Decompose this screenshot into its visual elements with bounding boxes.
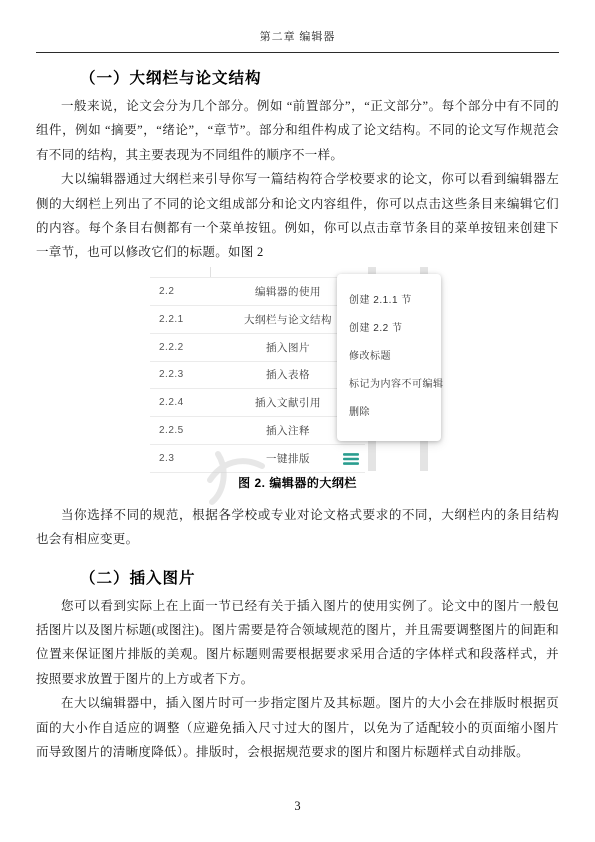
menu-item-mark-noneditable: 标记为内容不可编辑 <box>349 371 441 399</box>
outline-row: 2.2.2 插入图片 <box>150 334 365 362</box>
outline-row: 2.2 编辑器的使用 <box>150 278 365 306</box>
outline-row-number: 2.2.2 <box>150 342 211 353</box>
document-page: 第二章 编辑器 （一）大纲栏与论文结构 一般来说，论文会分为几个部分。例如 “前… <box>0 0 595 842</box>
outline-panel-screenshot: 2.2 编辑器的使用 2.2.1 大纲栏与论文结构 2.2.2 插入图片 2.2… <box>150 267 462 471</box>
menu-item-create-section: 创建 2.2 节 <box>349 315 441 343</box>
outline-row: 2.2.5 插入注释 <box>150 417 365 445</box>
context-menu: 创建 2.1.1 节 创建 2.2 节 修改标题 标记为内容不可编辑 删除 <box>337 274 441 441</box>
outline-row-number: 2.2.1 <box>150 314 211 325</box>
menu-item-delete: 删除 <box>349 399 441 427</box>
outline-table: 2.2 编辑器的使用 2.2.1 大纲栏与论文结构 2.2.2 插入图片 2.2… <box>150 267 365 473</box>
page-number: 3 <box>294 799 300 813</box>
section-heading-insert-image: （二）插入图片 <box>80 566 559 588</box>
paragraph: 大以编辑器通过大纲栏来引导你写一篇结构符合学校要求的论文，你可以看到编辑器左侧的… <box>36 167 559 265</box>
list-menu-icon <box>343 452 359 465</box>
outline-row: 2.2.1 大纲栏与论文结构 <box>150 306 365 334</box>
section-heading-outline: （一）大纲栏与论文结构 <box>80 66 559 88</box>
paragraph: 一般来说，论文会分为几个部分。例如 “前置部分”，“正文部分”。每个部分中有不同… <box>36 94 559 167</box>
page-footer: 3 <box>0 799 595 814</box>
outline-row-number: 2.3 <box>150 453 211 464</box>
outline-row-number: 2.2.4 <box>150 397 211 408</box>
paragraph: 当你选择不同的规范，根据各学校或专业对论文格式要求的不同，大纲栏内的条目结构也会… <box>36 503 559 552</box>
column-divider <box>210 267 211 277</box>
menu-item-edit-title: 修改标题 <box>349 343 441 371</box>
page-header: 第二章 编辑器 <box>36 28 559 53</box>
figure-outline-screenshot: 2.2 编辑器的使用 2.2.1 大纲栏与论文结构 2.2.2 插入图片 2.2… <box>36 267 559 491</box>
paragraph: 在大以编辑器中，插入图片时可一步指定图片及其标题。图片的大小会在排版时根据页面的… <box>36 691 559 764</box>
paragraph: 您可以看到实际上在上面一节已经有关于插入图片的使用实例了。论文中的图片一般包括图… <box>36 594 559 692</box>
outline-row: 2.2.3 插入表格 <box>150 362 365 390</box>
outline-row: 2.2.4 插入文献引用 <box>150 389 365 417</box>
outline-row-partial <box>150 267 365 278</box>
figure-caption: 图 2. 编辑器的大纲栏 <box>36 474 559 491</box>
outline-row-number: 2.2 <box>150 286 211 297</box>
outline-row-number: 2.2.3 <box>150 369 211 380</box>
chapter-header-text: 第二章 编辑器 <box>260 31 336 43</box>
outline-row-number: 2.2.5 <box>150 425 211 436</box>
menu-item-create-subsection: 创建 2.1.1 节 <box>349 287 441 315</box>
